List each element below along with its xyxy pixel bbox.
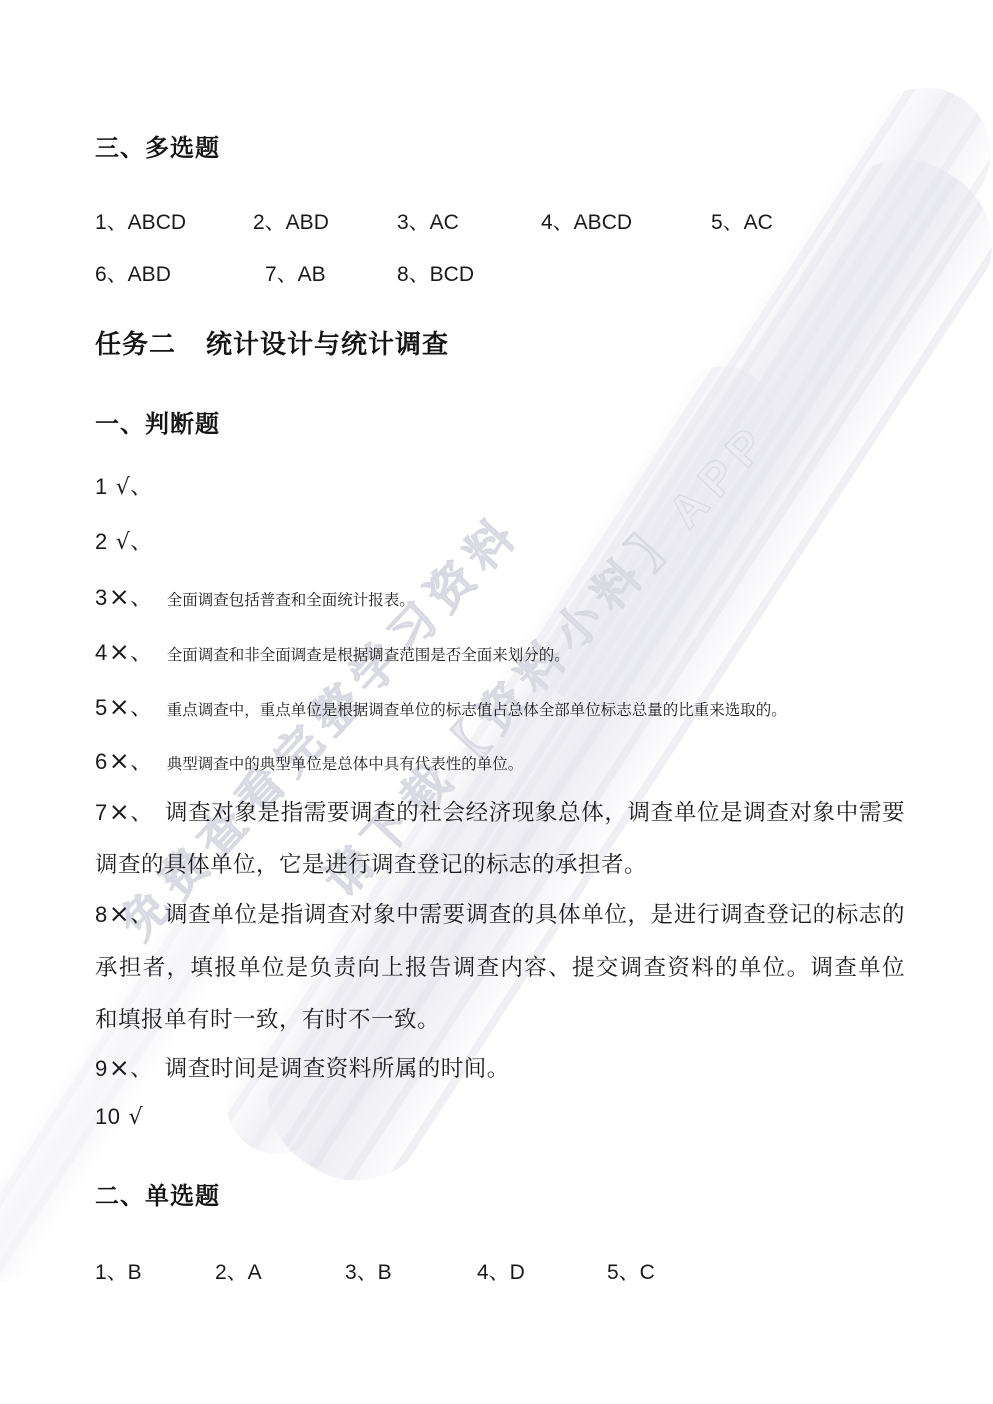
item-number: 9 [95, 1056, 108, 1081]
task-label: 任务二 [95, 329, 176, 359]
item-number: 6 [95, 749, 108, 774]
cross-mark: × [109, 582, 130, 611]
check-mark: √ [116, 530, 131, 555]
enumeration-comma: 、 [130, 640, 153, 665]
cross-mark: × [109, 797, 130, 826]
enumeration-comma: 、 [130, 585, 153, 610]
answer-item: 4、D [477, 1256, 607, 1286]
section-heading-multiple-choice: 三、多选题 [95, 128, 905, 163]
enumeration-comma: 、 [130, 800, 153, 825]
judgment-item-1: 1√、 [95, 470, 905, 501]
task-heading: 任务二统计设计与统计调查 [95, 324, 905, 361]
judgment-item-2: 2√、 [95, 525, 905, 556]
item-number: 7 [95, 800, 108, 825]
item-number: 10 [95, 1104, 120, 1129]
judgment-item-9: 9×、调查时间是调查资料所属的时间。 [95, 1051, 905, 1083]
judgment-item-5: 5×、重点调查中，重点单位是根据调查单位的标志值占总体全部单位标志总量的比重来选… [95, 691, 905, 722]
item-text: 典型调查中的典型单位是总体中具有代表性的单位。 [167, 756, 524, 773]
enumeration-comma: 、 [130, 695, 153, 720]
item-number: 2 [95, 529, 108, 554]
multiple-choice-answers-row-1: 1、ABCD2、ABD3、AC4、ABCD5、AC [95, 206, 905, 236]
answer-item: 5、AC [711, 206, 773, 236]
item-text: 重点调查中，重点单位是根据调查单位的标志值占总体全部单位标志总量的比重来选取的。 [167, 702, 787, 719]
document-page: 免费查看完整学习资料 请下载【资料小料】APP 三、多选题 1、ABCD2、AB… [0, 0, 993, 1404]
check-mark: √ [116, 475, 131, 500]
item-text: 调查对象是指需要调查的社会经济现象总体，调查单位是调查对象中需要 [165, 800, 905, 825]
judgment-item-4: 4×、全面调查和非全面调查是根据调查范围是否全面来划分的。 [95, 636, 905, 667]
item-number: 1 [95, 474, 108, 499]
judgment-item-8-line-3: 和填报单有时一致，有时不一致。 [95, 1002, 905, 1034]
answer-item: 1、ABCD [95, 206, 253, 236]
section-heading-judgment: 一、判断题 [95, 404, 905, 439]
item-text: 调查单位是指调查对象中需要调查的具体单位，是进行调查登记的标志的 [165, 902, 905, 927]
answer-item: 2、A [215, 1256, 345, 1286]
item-number: 4 [95, 640, 108, 665]
cross-mark: × [109, 692, 130, 721]
judgment-item-3: 3×、全面调查包括普查和全面统计报表。 [95, 581, 905, 612]
answer-item: 5、C [607, 1256, 655, 1286]
judgment-item-10: 10√ [95, 1104, 905, 1130]
multiple-choice-answers-row-2: 6、ABD7、AB8、BCD [95, 258, 905, 288]
answer-item: 3、AC [397, 206, 541, 236]
answer-item: 6、ABD [95, 258, 265, 288]
judgment-item-7-line-2: 调查的具体单位，它是进行调查登记的标志的承担者。 [95, 847, 905, 879]
enumeration-comma: 、 [130, 1056, 153, 1081]
check-mark: √ [128, 1105, 143, 1130]
item-number: 5 [95, 695, 108, 720]
task-title: 统计设计与统计调查 [206, 329, 449, 359]
judgment-item-6: 6×、典型调查中的典型单位是总体中具有代表性的单位。 [95, 745, 905, 776]
enumeration-comma: 、 [130, 474, 153, 499]
judgment-item-8-line-2: 承担者，填报单位是负责向上报告调查内容、提交调查资料的单位。调查单位 [95, 950, 905, 982]
item-text: 全面调查和非全面调查是根据调查范围是否全面来划分的。 [167, 647, 570, 664]
judgment-item-8-line-1: 8×、调查单位是指调查对象中需要调查的具体单位，是进行调查登记的标志的 [95, 897, 905, 929]
single-choice-answers-row: 1、B2、A3、B4、D5、C [95, 1256, 905, 1286]
enumeration-comma: 、 [130, 749, 153, 774]
answer-item: 4、ABCD [541, 206, 711, 236]
item-text: 全面调查包括普查和全面统计报表。 [167, 592, 415, 609]
enumeration-comma: 、 [130, 529, 153, 554]
answer-item: 3、B [345, 1256, 477, 1286]
cross-mark: × [109, 899, 130, 928]
cross-mark: × [109, 746, 130, 775]
section-heading-single-choice: 二、单选题 [95, 1176, 905, 1211]
item-number: 3 [95, 585, 108, 610]
enumeration-comma: 、 [130, 902, 153, 927]
answer-item: 8、BCD [397, 258, 474, 288]
brush-stroke-decoration [237, 129, 993, 1211]
answer-item: 2、ABD [253, 206, 397, 236]
answer-item: 1、B [95, 1256, 215, 1286]
item-number: 8 [95, 902, 108, 927]
cross-mark: × [109, 1053, 130, 1082]
answer-item: 7、AB [265, 258, 397, 288]
item-text: 调查时间是调查资料所属的时间。 [165, 1056, 510, 1081]
cross-mark: × [109, 637, 130, 666]
judgment-item-7-line-1: 7×、调查对象是指需要调查的社会经济现象总体，调查单位是调查对象中需要 [95, 795, 905, 827]
